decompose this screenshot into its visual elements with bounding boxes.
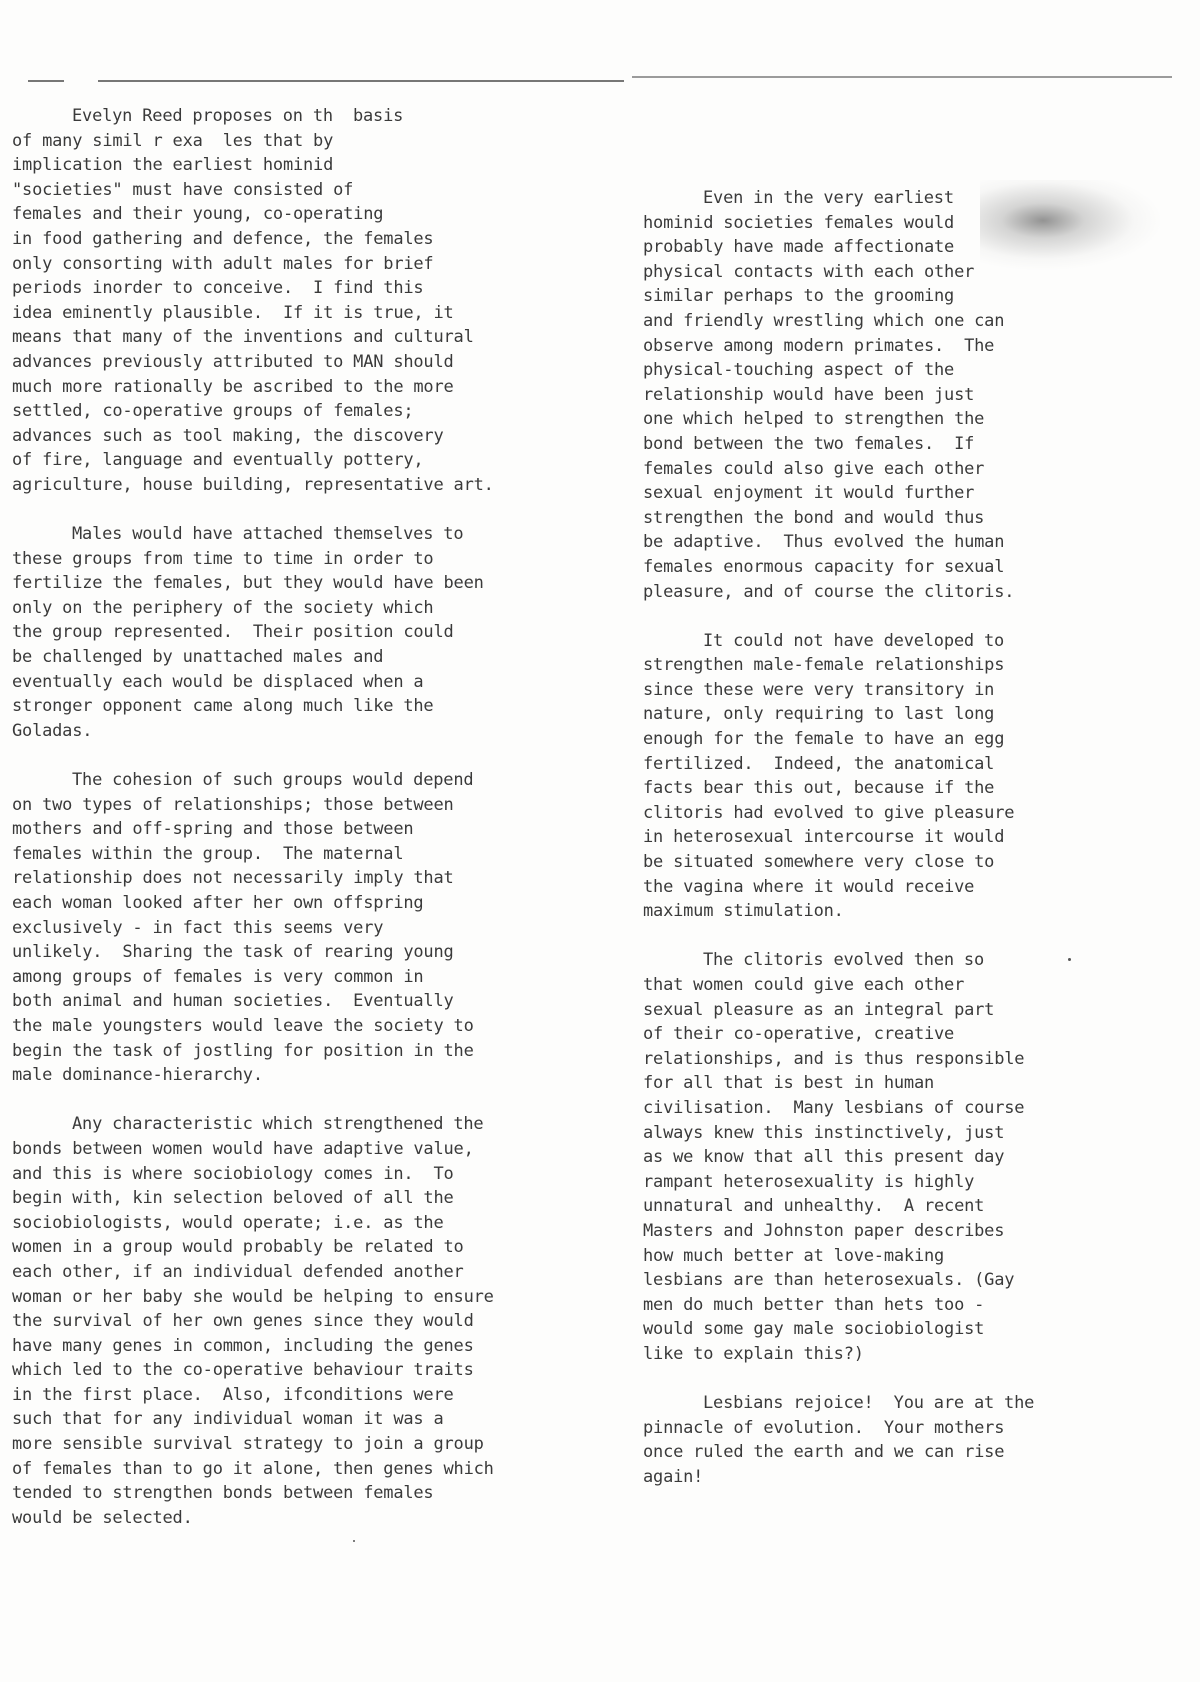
text-line: that women could give each other [643,973,1183,998]
text-line: be adaptive. Thus evolved the human [643,530,1183,555]
text-line: unnatural and unhealthy. A recent [643,1194,1183,1219]
text-line: in food gathering and defence, the femal… [12,227,602,252]
text-line: bond between the two females. If [643,432,1183,457]
text-line: Evelyn Reed proposes on th basis [12,104,602,129]
text-line: male dominance-hierarchy. [12,1063,602,1088]
text-line: these groups from time to time in order … [12,547,602,572]
text-line: advances such as tool making, the discov… [12,424,602,449]
text-line: settled, co-operative groups of females; [12,399,602,424]
text-line: each other, if an individual defended an… [12,1260,602,1285]
top-rule-left [98,80,624,82]
text-line: again! [643,1465,1183,1490]
text-line: pinnacle of evolution. Your mothers [643,1416,1183,1441]
text-line: as we know that all this present day [643,1145,1183,1170]
paragraph: Even in the very earliesthominid societi… [643,186,1183,604]
text-line: among groups of females is very common i… [12,965,602,990]
text-line: only on the periphery of the society whi… [12,596,602,621]
text-line: "societies" must have consisted of [12,178,602,203]
paragraph: Any characteristic which strengthened th… [12,1112,602,1530]
text-line: means that many of the inventions and cu… [12,325,602,350]
text-line: bonds between women would have adaptive … [12,1137,602,1162]
text-line: relationship would have been just [643,383,1183,408]
text-line: exclusively - in fact this seems very [12,916,602,941]
text-line: hominid societies females would [643,211,1183,236]
top-rule-right [632,76,1172,78]
text-line: begin with, kin selection beloved of all… [12,1186,602,1211]
text-line: be challenged by unattached males and [12,645,602,670]
text-line: which led to the co-operative behaviour … [12,1358,602,1383]
text-line: unlikely. Sharing the task of rearing yo… [12,940,602,965]
text-line: Males would have attached themselves to [12,522,602,547]
text-line: relationship does not necessarily imply … [12,866,602,891]
text-line: only consorting with adult males for bri… [12,252,602,277]
text-line: civilisation. Many lesbians of course [643,1096,1183,1121]
text-line: woman or her baby she would be helping t… [12,1285,602,1310]
text-line: of their co-operative, creative [643,1022,1183,1047]
text-line: periods inorder to conceive. I find this [12,276,602,301]
paragraph: Lesbians rejoice! You are at thepinnacle… [643,1391,1183,1489]
text-line: how much better at love-making [643,1244,1183,1269]
text-line: Lesbians rejoice! You are at the [643,1391,1183,1416]
text-line: since these were very transitory in [643,678,1183,703]
text-line: and friendly wrestling which one can [643,309,1183,334]
text-line: It could not have developed to [643,629,1183,654]
paragraph: Males would have attached themselves tot… [12,522,602,743]
text-line: Any characteristic which strengthened th… [12,1112,602,1137]
text-line: in heterosexual intercourse it would [643,825,1183,850]
text-line: sexual pleasure as an integral part [643,998,1183,1023]
text-line: strengthen the bond and would thus [643,506,1183,531]
text-line: strengthen male-female relationships [643,653,1183,678]
text-line: pleasure, and of course the clitoris. [643,580,1183,605]
text-line: Masters and Johnston paper describes [643,1219,1183,1244]
paragraph: The clitoris evolved then sothat women c… [643,948,1183,1366]
text-line: have many genes in common, including the… [12,1334,602,1359]
text-line: The clitoris evolved then so [643,948,1183,973]
text-line: much more rationally be ascribed to the … [12,375,602,400]
text-line: in the first place. Also, ifconditions w… [12,1383,602,1408]
text-line: begin the task of jostling for position … [12,1039,602,1064]
text-line: relationships, and is thus responsible [643,1047,1183,1072]
text-line: advances previously attributed to MAN sh… [12,350,602,375]
text-line: and this is where sociobiology comes in.… [12,1162,602,1187]
text-line: implication the earliest hominid [12,153,602,178]
text-line: clitoris had evolved to give pleasure [643,801,1183,826]
text-line: The cohesion of such groups would depend [12,768,602,793]
text-line: physical contacts with each other [643,260,1183,285]
text-line: women in a group would probably be relat… [12,1235,602,1260]
text-line: on two types of relationships; those bet… [12,793,602,818]
text-line: facts bear this out, because if the [643,776,1183,801]
text-line: mothers and off-spring and those between [12,817,602,842]
text-line: similar perhaps to the grooming [643,284,1183,309]
left-column: Evelyn Reed proposes on th basisof many … [12,104,602,1555]
text-line: for all that is best in human [643,1071,1183,1096]
text-line: of many simil r exa les that by [12,129,602,154]
text-line: always knew this instinctively, just [643,1121,1183,1146]
text-line: idea eminently plausible. If it is true,… [12,301,602,326]
text-line: maximum stimulation. [643,899,1183,924]
text-line: agriculture, house building, representat… [12,473,602,498]
text-line: eventually each would be displaced when … [12,670,602,695]
text-line: would be selected. [12,1506,602,1531]
text-line: females enormous capacity for sexual [643,555,1183,580]
right-column: Even in the very earliesthominid societi… [643,186,1183,1514]
text-line: would some gay male sociobiologist [643,1317,1183,1342]
text-line: tended to strengthen bonds between femal… [12,1481,602,1506]
text-line: nature, only requiring to last long [643,702,1183,727]
text-line: of females than to go it alone, then gen… [12,1457,602,1482]
top-rule-segment [28,80,64,82]
text-line: sociobiologists, would operate; i.e. as … [12,1211,602,1236]
text-line: sexual enjoyment it would further [643,481,1183,506]
text-line: such that for any individual woman it wa… [12,1407,602,1432]
paragraph: The cohesion of such groups would depend… [12,768,602,1088]
text-line: the vagina where it would receive [643,875,1183,900]
paragraph: It could not have developed tostrengthen… [643,629,1183,924]
text-line: the survival of her own genes since they… [12,1309,602,1334]
text-line: the group represented. Their position co… [12,620,602,645]
text-line: more sensible survival strategy to join … [12,1432,602,1457]
text-line: the male youngsters would leave the soci… [12,1014,602,1039]
text-line: rampant heterosexuality is highly [643,1170,1183,1195]
text-line: observe among modern primates. The [643,334,1183,359]
text-line: like to explain this?) [643,1342,1183,1367]
text-line: of fire, language and eventually pottery… [12,448,602,473]
text-line: fertilize the females, but they would ha… [12,571,602,596]
paragraph: Evelyn Reed proposes on th basisof many … [12,104,602,498]
text-line: probably have made affectionate [643,235,1183,260]
text-line: Even in the very earliest [643,186,1183,211]
text-line: both animal and human societies. Eventua… [12,989,602,1014]
text-line: physical-touching aspect of the [643,358,1183,383]
text-line: men do much better than hets too - [643,1293,1183,1318]
text-line: one which helped to strengthen the [643,407,1183,432]
text-line: Goladas. [12,719,602,744]
text-line: fertilized. Indeed, the anatomical [643,752,1183,777]
text-line: females within the group. The maternal [12,842,602,867]
text-line: once ruled the earth and we can rise [643,1440,1183,1465]
text-line: stronger opponent came along much like t… [12,694,602,719]
text-line: enough for the female to have an egg [643,727,1183,752]
text-line: be situated somewhere very close to [643,850,1183,875]
text-line: each woman looked after her own offsprin… [12,891,602,916]
text-line: lesbians are than heterosexuals. (Gay [643,1268,1183,1293]
text-line: females could also give each other [643,457,1183,482]
text-line: females and their young, co-operating [12,202,602,227]
